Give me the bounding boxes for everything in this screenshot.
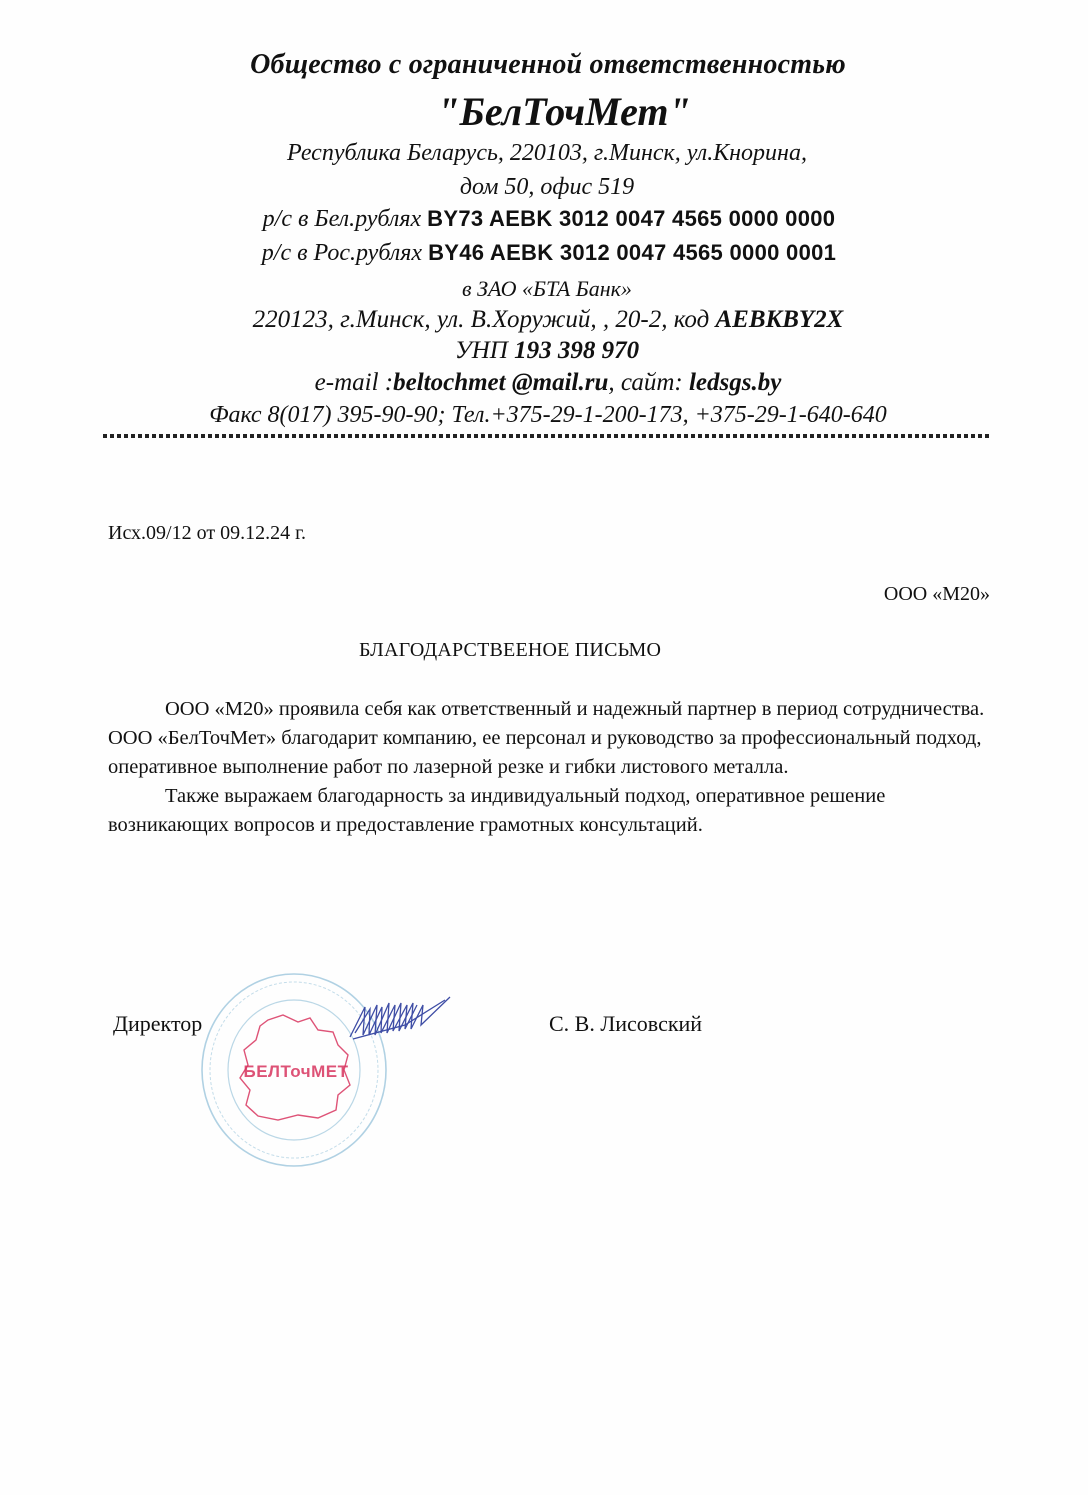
recipient: ООО «М20»	[884, 583, 990, 606]
letterhead-contacts: e-mail :beltochmet @mail.ru, сайт: ledsg…	[0, 369, 1088, 397]
letterhead-unp: УНП 193 398 970	[0, 337, 1088, 365]
bank-address-text: 220123, г.Минск, ул. В.Хоружий, , 20-2, …	[253, 306, 710, 333]
letterhead-phones: Факс 8(017) 395-90-90; Тел.+375-29-1-200…	[0, 402, 1088, 429]
letter-body: ООО «М20» проявила себя как ответственны…	[108, 695, 988, 840]
unp-number: 193 398 970	[514, 337, 639, 364]
letterhead-separator	[103, 434, 990, 438]
letterhead-account-rub: р/с в Рос.рублях BY46 AEBK 3012 0047 456…	[0, 240, 1088, 267]
body-paragraph: ООО «М20» проявила себя как ответственны…	[108, 695, 988, 782]
unp-label: УНП	[455, 337, 508, 364]
letterhead-bank-name: в ЗАО «БТА Банк»	[0, 276, 1088, 302]
letterhead-bank-address: 220123, г.Минск, ул. В.Хоружий, , 20-2, …	[0, 306, 1088, 334]
letterhead-org-type: Общество с ограниченной ответственностью	[0, 49, 1088, 81]
letterhead-address-line2: дом 50, офис 519	[0, 174, 1088, 201]
letter-title: БЛАГОДАРСТВЕЕНОЕ ПИСЬМО	[359, 639, 661, 662]
signature-icon	[345, 995, 455, 1040]
body-paragraph: Также выражаем благодарность за индивиду…	[108, 782, 988, 840]
signatory-role: Директор	[113, 1011, 202, 1037]
account-rub-label: р/с в Рос.рублях	[262, 240, 422, 266]
stamp-label: БЕЛТочМЕТ	[236, 1062, 356, 1082]
bank-code: AEBKBY2X	[716, 306, 844, 333]
letterhead-company-name: "БелТочМет"	[0, 88, 1088, 135]
account-byn-number: BY73 AEBK 3012 0047 4565 0000 0000	[427, 206, 835, 231]
account-byn-label: р/с в Бел.рублях	[263, 206, 422, 232]
outgoing-reference: Исх.09/12 от 09.12.24 г.	[108, 522, 306, 545]
account-rub-number: BY46 AEBK 3012 0047 4565 0000 0001	[428, 240, 836, 265]
site-label: , сайт:	[608, 369, 682, 396]
letterhead-address-line1: Республика Беларусь, 220103, г.Минск, ул…	[0, 140, 1088, 167]
letter-page: Общество с ограниченной ответственностью…	[0, 0, 1088, 1495]
email-link[interactable]: beltochmet @mail.ru	[393, 369, 608, 396]
letterhead-account-byn: р/с в Бел.рублях BY73 AEBK 3012 0047 456…	[0, 206, 1088, 233]
email-label: e-mail :	[315, 369, 393, 396]
site-link[interactable]: ledsgs.by	[689, 369, 781, 396]
signatory-name: С. В. Лисовский	[549, 1011, 702, 1037]
